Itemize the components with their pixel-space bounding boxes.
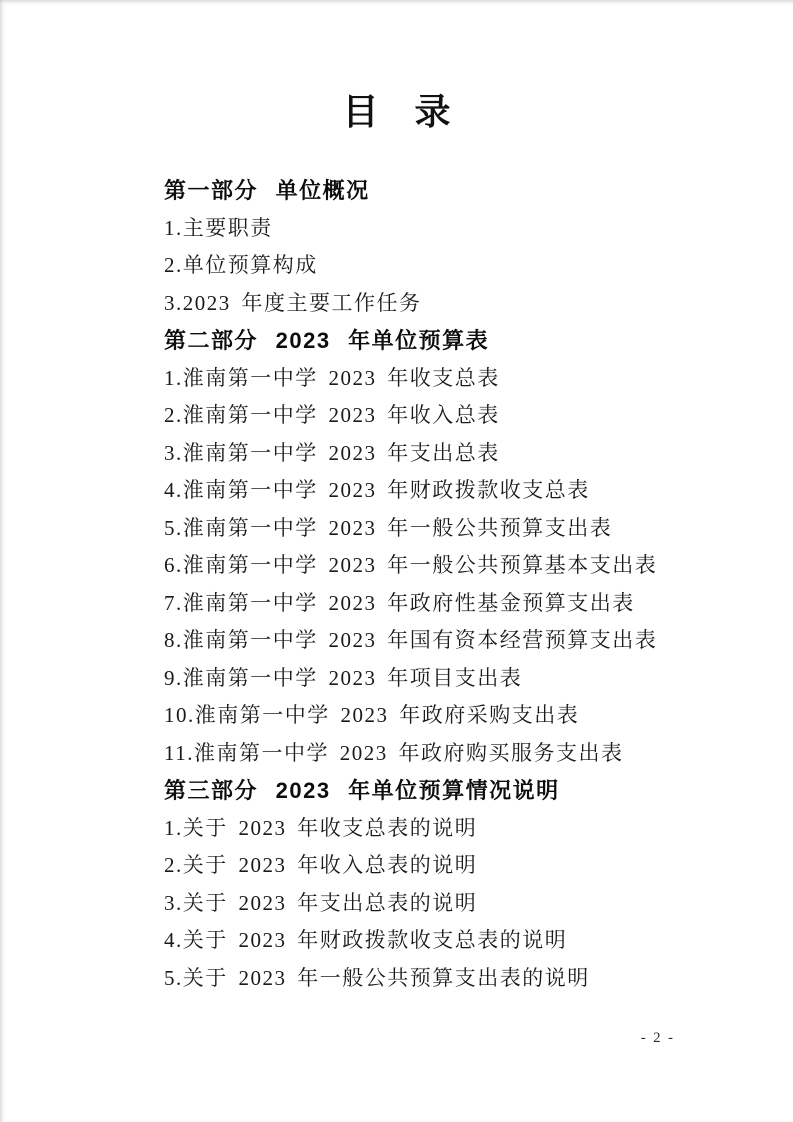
toc-section-3-heading: 第三部分 2023 年单位预算情况说明 <box>164 772 753 810</box>
toc-item: 4.关于 2023 年财政拨款收支总表的说明 <box>164 922 753 960</box>
toc-item: 3.关于 2023 年支出总表的说明 <box>164 885 753 923</box>
page-number: - 2 - <box>641 1030 675 1047</box>
toc-item: 4.淮南第一中学 2023 年财政拨款收支总表 <box>164 472 753 510</box>
toc-item: 2.关于 2023 年收入总表的说明 <box>164 847 753 885</box>
toc-item: 5.关于 2023 年一般公共预算支出表的说明 <box>164 960 753 998</box>
toc-item: 7.淮南第一中学 2023 年政府性基金预算支出表 <box>164 585 753 623</box>
page-title: 目 录 <box>0 92 793 132</box>
toc-section-1: 第一部分 单位概况 1.主要职责 2.单位预算构成 3.2023 年度主要工作任… <box>164 172 753 322</box>
toc-item: 3.淮南第一中学 2023 年支出总表 <box>164 435 753 473</box>
toc-item: 3.2023 年度主要工作任务 <box>164 285 753 323</box>
toc-section-2: 第二部分 2023 年单位预算表 1.淮南第一中学 2023 年收支总表 2.淮… <box>164 322 753 772</box>
toc-item: 1.淮南第一中学 2023 年收支总表 <box>164 360 753 398</box>
document-page: 目 录 第一部分 单位概况 1.主要职责 2.单位预算构成 3.2023 年度主… <box>0 0 793 1122</box>
toc-item: 6.淮南第一中学 2023 年一般公共预算基本支出表 <box>164 547 753 585</box>
toc-item: 2.淮南第一中学 2023 年收入总表 <box>164 397 753 435</box>
toc-item: 11.淮南第一中学 2023 年政府购买服务支出表 <box>164 735 753 773</box>
toc-item: 1.关于 2023 年收支总表的说明 <box>164 810 753 848</box>
table-of-contents: 第一部分 单位概况 1.主要职责 2.单位预算构成 3.2023 年度主要工作任… <box>164 172 753 997</box>
toc-item: 8.淮南第一中学 2023 年国有资本经营预算支出表 <box>164 622 753 660</box>
toc-section-1-heading: 第一部分 单位概况 <box>164 172 753 210</box>
toc-section-2-heading: 第二部分 2023 年单位预算表 <box>164 322 753 360</box>
toc-section-3: 第三部分 2023 年单位预算情况说明 1.关于 2023 年收支总表的说明 2… <box>164 772 753 997</box>
toc-item: 5.淮南第一中学 2023 年一般公共预算支出表 <box>164 510 753 548</box>
toc-item: 2.单位预算构成 <box>164 247 753 285</box>
toc-item: 9.淮南第一中学 2023 年项目支出表 <box>164 660 753 698</box>
toc-item: 10.淮南第一中学 2023 年政府采购支出表 <box>164 697 753 735</box>
toc-item: 1.主要职责 <box>164 210 753 248</box>
